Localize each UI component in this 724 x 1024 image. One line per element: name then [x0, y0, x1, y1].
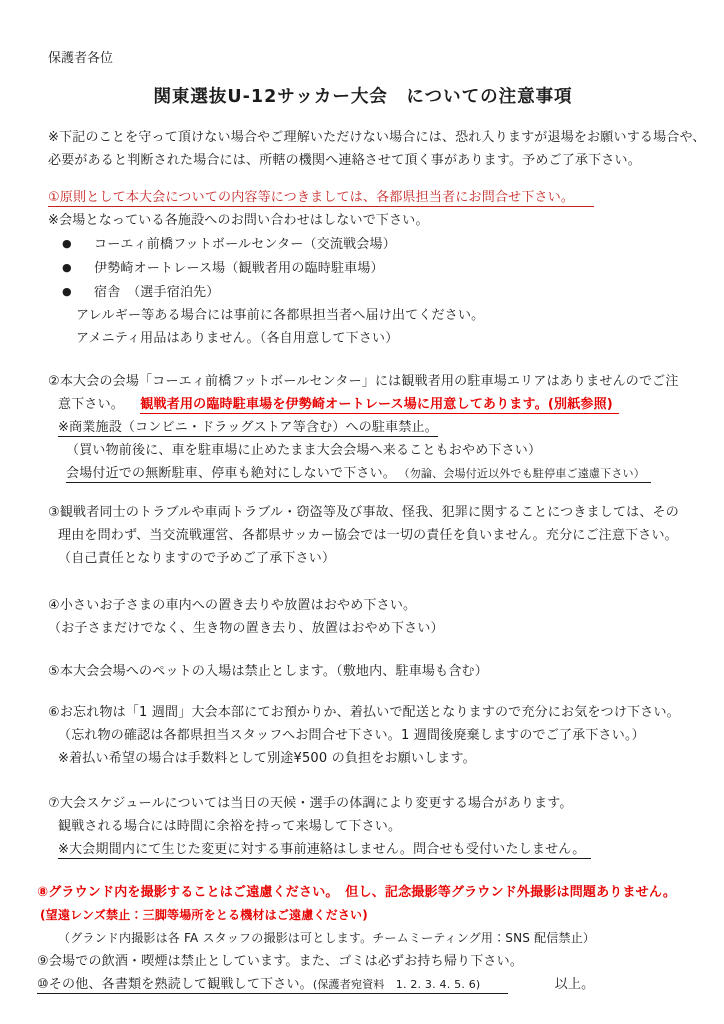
section6-line-3: ※着払い希望の場合は手数料として別途¥500 の負担をお願いします。 — [48, 747, 698, 770]
section6-line-2: （忘れ物の確認は各都県担当スタッフへお問合せ下さい。1 週間後廃棄しますのでご了… — [48, 724, 698, 747]
section2-shopping-note: （買い物前後に、車を駐車場に止めたまま大会会場へ来ることもおやめ下さい） — [48, 439, 698, 462]
section2-line-2-plain: 意下さい。 — [58, 397, 124, 412]
section9-line-1: ⑨会場での飲酒・喫煙は禁止としています。また、ゴミは必ずお持ち帰り下さい。 — [37, 950, 698, 973]
section10-main: ⑩その他、各書類を熟読して観戦して下さい。 — [37, 977, 313, 992]
section6-line-1: ⑥お忘れ物は「1 週間」大会本部にてお預かりか、着払いで配送となりますので充分に… — [48, 701, 698, 724]
section5-line-1: ⑤本大会会場へのペットの入場は禁止とします。（敷地内、駐車場も含む） — [48, 660, 698, 683]
notice-document-page: 保護者各位 関東選抜U-12サッカー大会 についての注意事項 ※下記のことを守っ… — [0, 0, 724, 1024]
section1-heading-text: ①原則として本大会についての内容等につきましては、各都県担当者にお問合せ下さい。 — [48, 190, 594, 207]
venue-list-item: ●宿舎 （選手宿泊先） — [48, 280, 698, 304]
section1-heading: ①原則として本大会についての内容等につきましては、各都県担当者にお問合せ下さい。 — [48, 186, 698, 209]
salutation: 保護者各位 — [48, 50, 698, 68]
section1-note: ※会場となっている各施設へのお問い合わせはしないで下さい。 — [48, 209, 698, 232]
section3-line-1: ③観戦者同士のトラブルや車両トラブル・窃盗等及び事故、怪我、犯罪に関することにつ… — [48, 501, 698, 524]
bullet-icon: ● — [62, 256, 72, 279]
section8-staff-note: （グランド内撮影は各 FA スタッフの撮影は可とします。チームミーティング用：S… — [48, 927, 698, 950]
venue-list-item: ●伊勢崎オートレース場（観戦者用の臨時駐車場） — [48, 256, 698, 280]
section2-no-street-parking: 会場付近での無断駐車、停車も絶対にしないで下さい。（勿論、会場付近以外でも駐停車… — [48, 462, 698, 485]
section1-sub-line: アレルギー等ある場合には事前に各都県担当者へ届け出てください。 — [48, 304, 698, 327]
bullet-icon: ● — [62, 232, 72, 255]
intro-line-2: 必要があると判断された場合には、所轄の機関へ連絡させて頂く事があります。予めご了… — [48, 149, 698, 172]
venue-name: 伊勢崎オートレース場（観戦者用の臨時駐車場） — [94, 261, 384, 276]
bullet-icon: ● — [62, 280, 72, 303]
intro-line-1: ※下記のことを守って頂けない場合やご理解いただけない場合には、恐れ入りますが退場… — [48, 126, 698, 149]
page-title: 関東選抜U-12サッカー大会 についての注意事項 — [48, 84, 678, 110]
section7-no-notice-text: ※大会期間内にて生じた変更に対する事前連絡はしません。問合せも受付いたしません。 — [58, 842, 591, 859]
section7-line-2: 観戦される場合には時間に余裕を持って来場して下さい。 — [48, 815, 698, 838]
venue-name: 宿舎 （選手宿泊先） — [94, 285, 220, 300]
section2-no-commercial-parking: ※商業施設（コンビニ・ドラッグストア等含む）への駐車禁止。 — [48, 416, 698, 439]
section4-line-2: （お子さまだけでなく、生き物の置き去り、放置はおやめ下さい） — [48, 617, 698, 640]
venue-name: コーエィ前橋フットボールセンター（交流戦会場） — [94, 237, 396, 252]
section2-no-street-parking-small: （勿論、会場付近以外でも駐停車ご遠慮下さい） — [404, 467, 645, 480]
venue-list-item: ●コーエィ前橋フットボールセンター（交流戦会場） — [48, 232, 698, 256]
section2-parking-emphasis: 観戦者用の臨時駐車場を伊勢崎オートレース場に用意してあります。(別紙参照) — [140, 397, 619, 414]
section2-line-2: 意下さい。 観戦者用の臨時駐車場を伊勢崎オートレース場に用意してあります。(別紙… — [48, 393, 698, 416]
section7-no-notice: ※大会期間内にて生じた変更に対する事前連絡はしません。問合せも受付いたしません。 — [48, 838, 698, 861]
section2-no-street-parking-text: 会場付近での無断駐車、停車も絶対にしないで下さい。（勿論、会場付近以外でも駐停車… — [66, 466, 651, 483]
section2-line-1: ②本大会の会場「コーエィ前橋フットボールセンター」には観戦者用の駐車場エリアはあ… — [48, 370, 698, 393]
section1-sub-line: アメニティ用品はありません。（各自用意して下さい） — [48, 327, 698, 350]
section2-no-street-parking-main: 会場付近での無断駐車、停車も絶対にしないで下さい。 — [66, 466, 396, 481]
section2-no-commercial-parking-text: ※商業施設（コンビニ・ドラッグストア等含む）への駐車禁止。 — [58, 420, 438, 437]
section3-line-2: 理由を問わず、当交流戦運営、各都県サッカー協会では一切の責任を負いません。充分に… — [48, 524, 698, 547]
section7-line-1: ⑦大会スケジュールについては当日の天候・選手の体調により変更する場合があります。 — [48, 792, 698, 815]
section10-read-docs-text: ⑩その他、各書類を熟読して観戦して下さい。(保護者宛資料 1. 2. 3. 4.… — [37, 977, 508, 994]
section8-lens-rule: (望遠レンズ禁止：三脚等場所をとる機材はご遠慮ください) — [40, 904, 698, 927]
section10-doc-list: (保護者宛資料 1. 2. 3. 4. 5. 6) — [313, 978, 481, 991]
section3-line-3: （自己責任となりますので予めご了承下さい） — [48, 547, 698, 570]
section10-line: ⑩その他、各書類を熟読して観戦して下さい。(保護者宛資料 1. 2. 3. 4.… — [37, 973, 698, 996]
closing-ijou: 以上。 — [555, 977, 595, 992]
section4-line-1: ④小さいお子さまの車内への置き去りや放置はおやめ下さい。 — [48, 594, 698, 617]
section8-photo-rule: ⑧グラウンド内を撮影することはご遠慮ください。 但し、記念撮影等グラウンド外撮影… — [37, 881, 698, 904]
